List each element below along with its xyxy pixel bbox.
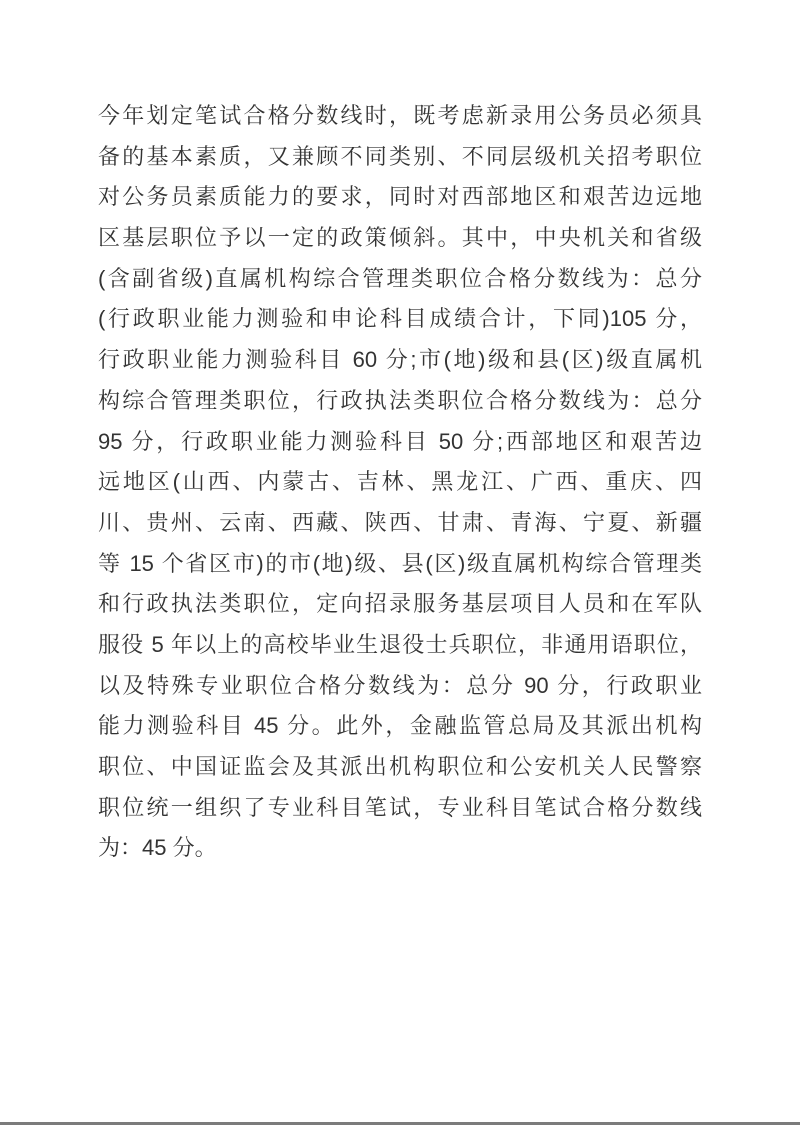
text-line: (含副省级)直属机构综合管理类职位合格分数线为：总分 <box>98 259 702 300</box>
text-line: 构综合管理类职位，行政执法类职位合格分数线为：总分 <box>98 381 702 422</box>
text-line: 以及特殊专业职位合格分数线为：总分 90 分，行政职业 <box>98 666 702 707</box>
text-line: 对公务员素质能力的要求，同时对西部地区和艰苦边远地 <box>98 177 702 218</box>
text-line: 区基层职位予以一定的政策倾斜。其中，中央机关和省级 <box>98 218 702 259</box>
text-line: 能力测验科目 45 分。此外，金融监管总局及其派出机构 <box>98 706 702 747</box>
text-line: 和行政执法类职位，定向招录服务基层项目人员和在军队 <box>98 584 702 625</box>
text-line-last: 为：45 分。 <box>98 828 702 869</box>
text-line: 备的基本素质，又兼顾不同类别、不同层级机关招考职位 <box>98 137 702 178</box>
text-line: 今年划定笔试合格分数线时，既考虑新录用公务员必须具 <box>98 96 702 137</box>
text-line: 职位统一组织了专业科目笔试，专业科目笔试合格分数线 <box>98 788 702 829</box>
text-line: 远地区(山西、内蒙古、吉林、黑龙江、广西、重庆、四 <box>98 462 702 503</box>
text-line: 等 15 个省区市)的市(地)级、县(区)级直属机构综合管理类 <box>98 544 702 585</box>
text-line: 服役 5 年以上的高校毕业生退役士兵职位，非通用语职位， <box>98 625 702 666</box>
text-line: (行政职业能力测验和申论科目成绩合计，下同)105 分， <box>98 299 702 340</box>
article-body: 今年划定笔试合格分数线时，既考虑新录用公务员必须具 备的基本素质，又兼顾不同类别… <box>98 96 702 869</box>
text-line: 川、贵州、云南、西藏、陕西、甘肃、青海、宁夏、新疆 <box>98 503 702 544</box>
text-line: 行政职业能力测验科目 60 分;市(地)级和县(区)级直属机 <box>98 340 702 381</box>
article-page: 今年划定笔试合格分数线时，既考虑新录用公务员必须具 备的基本素质，又兼顾不同类别… <box>0 0 800 1125</box>
text-line: 95 分，行政职业能力测验科目 50 分;西部地区和艰苦边 <box>98 422 702 463</box>
text-line: 职位、中国证监会及其派出机构职位和公安机关人民警察 <box>98 747 702 788</box>
